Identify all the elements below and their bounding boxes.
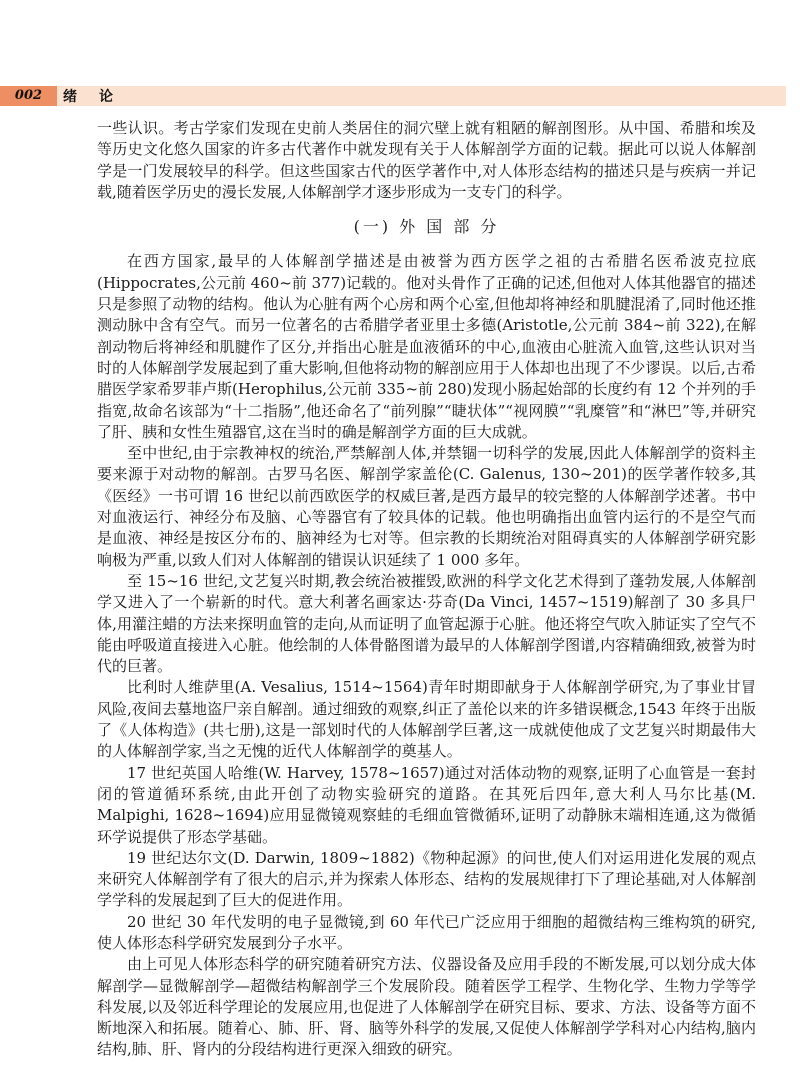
paragraph: 在西方国家,最早的人体解剖学描述是由被誉为西方医学之祖的古希腊名医希波克拉底(H… (97, 251, 756, 443)
page-header: 002 绪 论 (0, 86, 786, 106)
paragraph-continuation: 一些认识。考古学家们发现在史前人类居住的洞穴壁上就有粗陋的解剖图形。从中国、希腊… (97, 118, 756, 203)
page-content: 一些认识。考古学家们发现在史前人类居住的洞穴壁上就有粗陋的解剖图形。从中国、希腊… (97, 118, 756, 1061)
page-number: 002 (0, 86, 57, 106)
paragraph: 由上可见人体形态科学的研究随着研究方法、仪器设备及应用手段的不断发展,可以划分成… (97, 954, 756, 1060)
chapter-title: 绪 论 (63, 86, 117, 106)
paragraph: 比利时人维萨里(A. Vesalius, 1514~1564)青年时期即献身于人… (97, 677, 756, 762)
section-heading: (一) 外 国 部 分 (97, 216, 756, 237)
paragraph: 至 15~16 世纪,文艺复兴时期,教会统治被摧毁,欧洲的科学文化艺术得到了蓬勃… (97, 571, 756, 677)
paragraph: 20 世纪 30 年代发明的电子显微镜,到 60 年代已广泛应用于细胞的超微结构… (97, 912, 756, 955)
paragraph: 19 世纪达尔文(D. Darwin, 1809~1882)《物种起源》的问世,… (97, 848, 756, 912)
paragraph: 至中世纪,由于宗教神权的统治,严禁解剖人体,并禁锢一切科学的发展,因此人体解剖学… (97, 443, 756, 571)
paragraph: 17 世纪英国人哈维(W. Harvey, 1578~1657)通过对活体动物的… (97, 763, 756, 848)
